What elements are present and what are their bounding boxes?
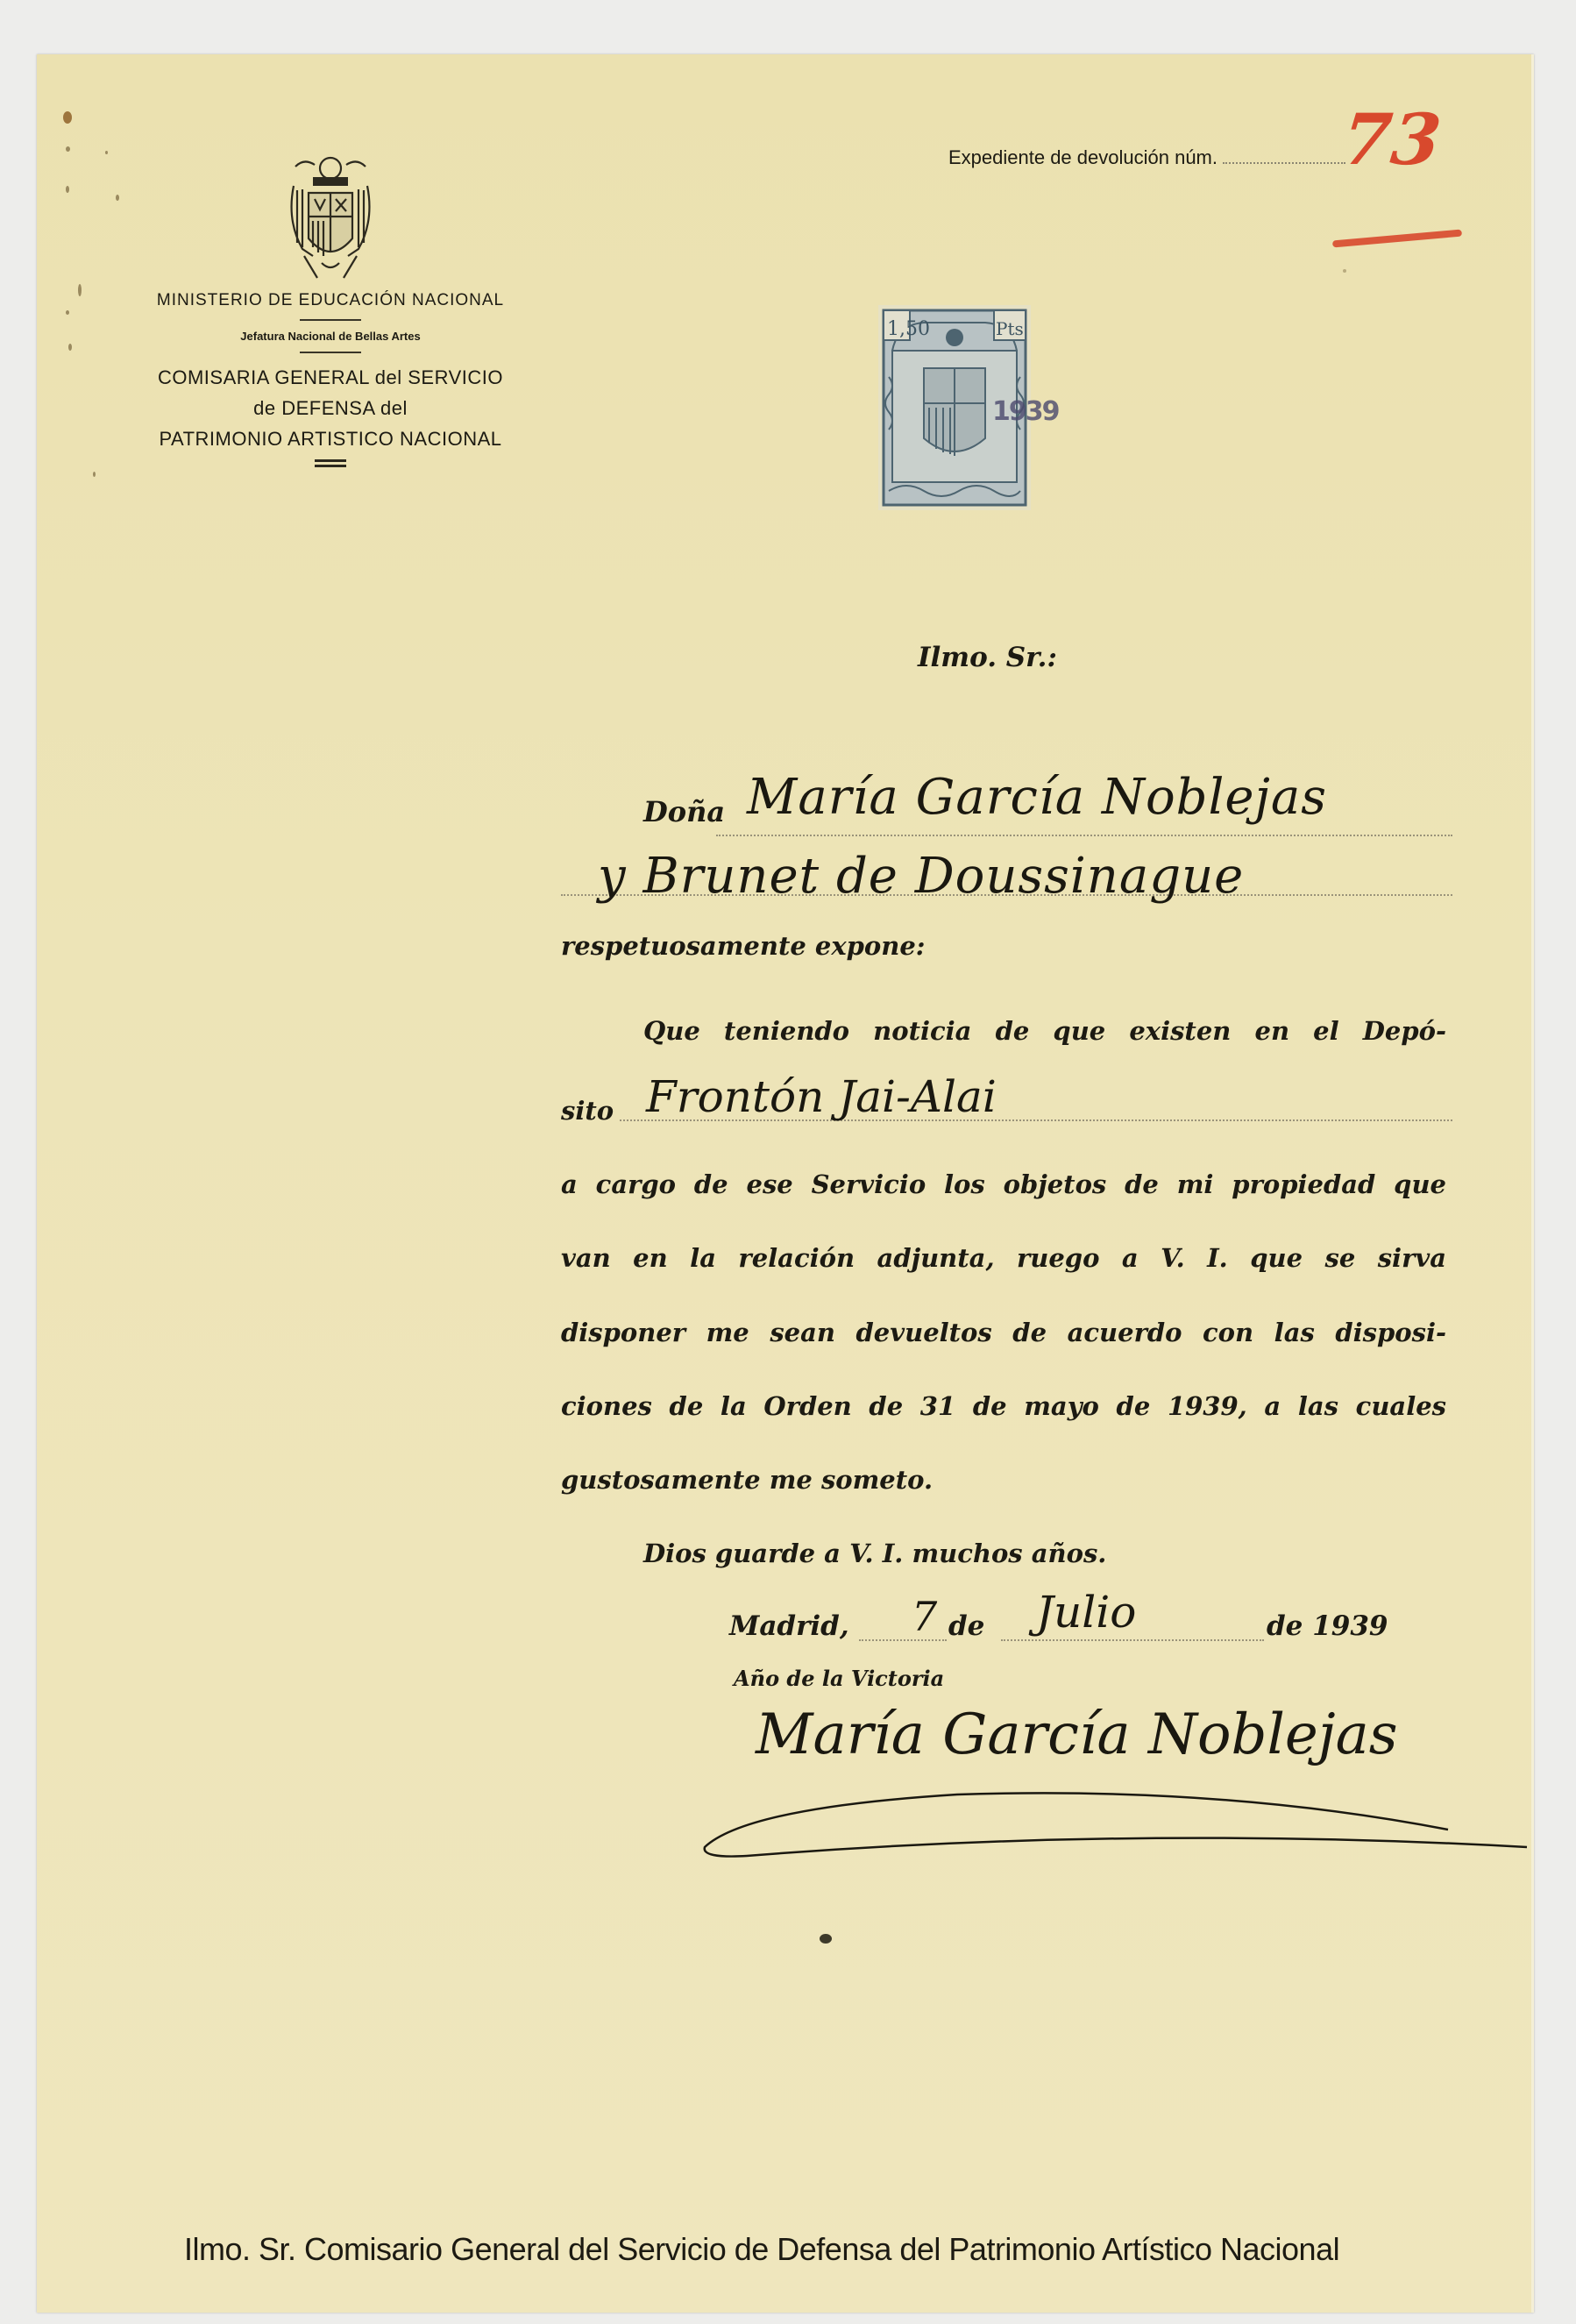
letterhead: MINISTERIO DE EDUCACIÓN NACIONAL Jefatur… bbox=[124, 151, 536, 470]
date-de: de bbox=[948, 1610, 984, 1642]
stain-spot bbox=[116, 195, 119, 201]
salutation: Ilmo. Sr.: bbox=[918, 642, 1057, 673]
signature-flourish-icon bbox=[694, 1773, 1536, 1860]
date-month: Julio bbox=[1036, 1587, 1136, 1638]
deposit-name: Frontón Jai-Alai bbox=[646, 1071, 997, 1122]
name-dotted-line-1 bbox=[716, 835, 1452, 836]
intro-text: respetuosamente expone: bbox=[561, 931, 1446, 961]
expediente-label: Expediente de devolución núm. bbox=[948, 146, 1217, 168]
date-city: Madrid, bbox=[729, 1610, 849, 1642]
stain-spot bbox=[105, 151, 108, 154]
body-line-4: van en la relación adjunta, ruego a V. I… bbox=[561, 1243, 1446, 1273]
body-line-1: Que teniendo noticia de que existen en e… bbox=[643, 1016, 1446, 1046]
applicant-name-line-1: María García Noblejas bbox=[747, 769, 1327, 826]
document-page: MINISTERIO DE EDUCACIÓN NACIONAL Jefatur… bbox=[37, 54, 1534, 2313]
date-day: 7 bbox=[912, 1593, 937, 1640]
ministry-name: MINISTERIO DE EDUCACIÓN NACIONAL bbox=[124, 291, 536, 310]
date-year: de 1939 bbox=[1267, 1610, 1388, 1642]
expediente-number: 73 bbox=[1338, 98, 1445, 181]
coat-of-arms-icon bbox=[278, 151, 383, 282]
ink-dot bbox=[820, 1934, 832, 1944]
divider bbox=[300, 352, 361, 353]
addressee-footer: Ilmo. Sr. Comisario General del Servicio… bbox=[184, 2231, 1339, 2268]
comisaria-line-2: de DEFENSA del bbox=[124, 393, 536, 423]
stain-spot bbox=[66, 146, 70, 152]
dona-label: Doña bbox=[643, 795, 725, 828]
body-line-3: a cargo de ese Servicio los objetos de m… bbox=[561, 1169, 1446, 1199]
stain-spot bbox=[66, 186, 69, 193]
jefatura-name: Jefatura Nacional de Bellas Artes bbox=[124, 330, 536, 343]
comisaria-line-1: COMISARIA GENERAL del SERVICIO bbox=[124, 362, 536, 393]
postmark: 1939 bbox=[992, 396, 1059, 427]
stain-spot bbox=[68, 344, 72, 351]
signature: María García Noblejas bbox=[756, 1702, 1398, 1767]
body-line-6: ciones de la Orden de 31 de mayo de 1939… bbox=[561, 1391, 1446, 1421]
expediente-dotted-line bbox=[1223, 162, 1345, 164]
body-line-5: disponer me sean devueltos de acuerdo co… bbox=[561, 1318, 1446, 1347]
stain-spot bbox=[66, 310, 69, 315]
stain-spot bbox=[78, 284, 82, 296]
expediente-field: Expediente de devolución núm. bbox=[948, 146, 1345, 169]
stain-spot bbox=[63, 111, 72, 124]
double-rule bbox=[315, 459, 346, 467]
svg-text:Pts: Pts bbox=[996, 318, 1024, 339]
comisaria-line-3: PATRIMONIO ARTISTICO NACIONAL bbox=[124, 423, 536, 454]
era-text: Año de la Victoria bbox=[734, 1666, 944, 1691]
svg-text:1,50: 1,50 bbox=[887, 318, 930, 340]
month-dotted-line bbox=[1001, 1639, 1264, 1641]
divider bbox=[300, 319, 361, 321]
stain-spot bbox=[93, 472, 96, 477]
expediente-underline bbox=[1332, 230, 1462, 248]
body-line-7: gustosamente me someto. bbox=[561, 1465, 1446, 1495]
applicant-name-line-2: y Brunet de Doussinague bbox=[598, 848, 1244, 905]
closing-text: Dios guarde a V. I. muchos años. bbox=[643, 1539, 1529, 1568]
stain-spot bbox=[1343, 269, 1346, 273]
